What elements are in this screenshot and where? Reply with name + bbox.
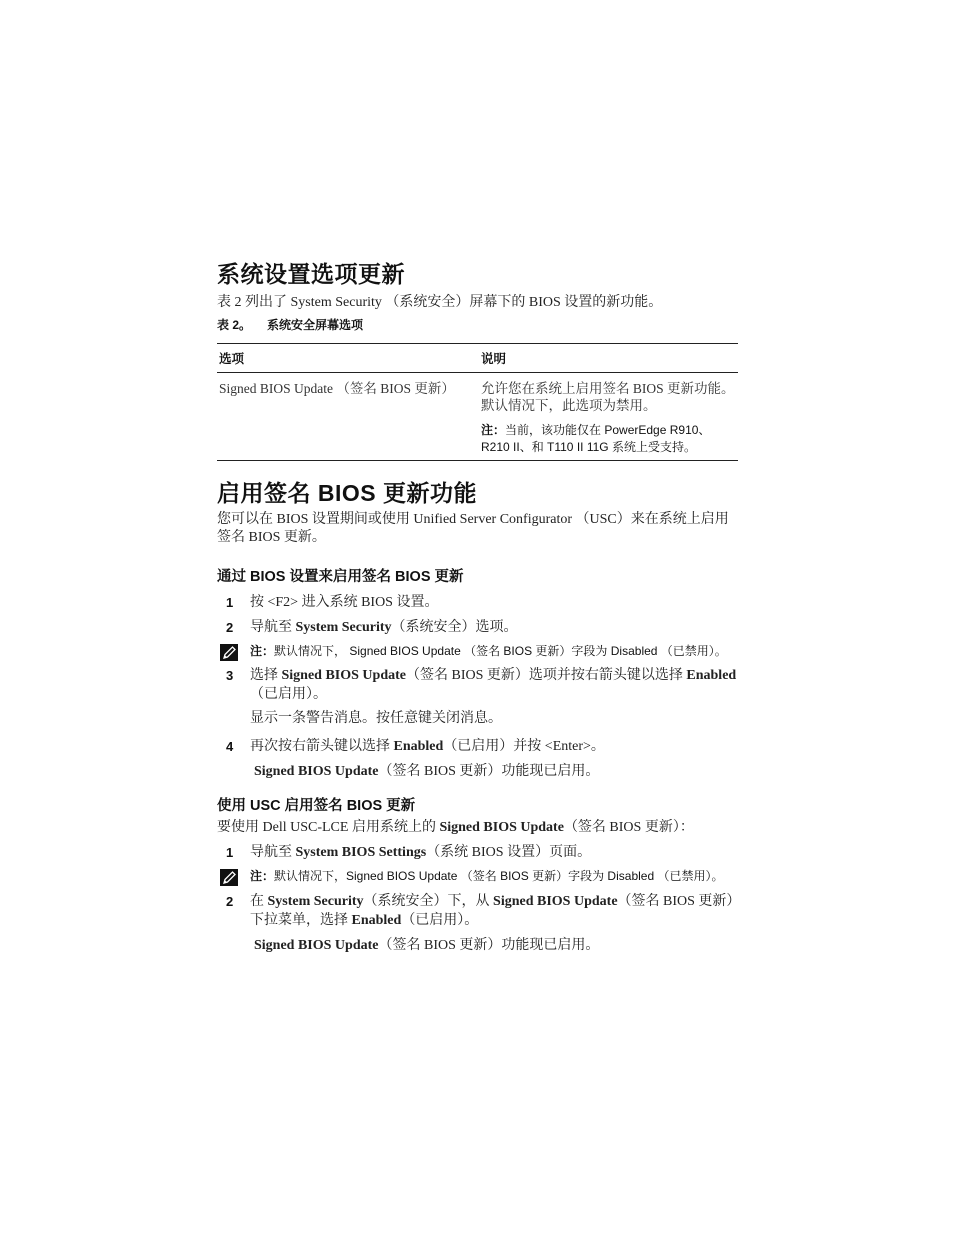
system-security-options-table: 选项 说明 Signed BIOS Update （签名 BIOS 更新） 允许…	[217, 343, 738, 461]
step-result-text: （签名 BIOS 更新）功能现已启用。	[378, 764, 599, 779]
step-3: 3 选择 Signed BIOS Update（签名 BIOS 更新）选项并按右…	[217, 666, 738, 704]
table-caption: 表 2。系统安全屏幕选项	[217, 317, 738, 333]
step-1: 1 按 <F2> 进入系统 BIOS 设置。	[217, 593, 738, 612]
step-text: 再次按右箭头键以选择	[250, 739, 394, 754]
note-text: 当前，该功能仅在 PowerEdge R910、R210 II、和 T110 I…	[481, 423, 710, 454]
step-text: 选择	[250, 668, 282, 683]
subsection-title-bios-setup: 通过 BIOS 设置来启用签名 BIOS 更新	[217, 567, 738, 587]
column-header-description: 说明	[479, 344, 738, 373]
step-number: 4	[226, 737, 233, 756]
note-block: 注：默认情况下， Signed BIOS Update （签名 BIOS 更新）…	[217, 643, 738, 660]
subsection-intro: 要使用 Dell USC-LCE 启用系统上的 Signed BIOS Upda…	[217, 819, 738, 837]
step-text: 导航至	[250, 620, 296, 635]
step-text: （已启用）。	[401, 913, 478, 928]
table-row: Signed BIOS Update （签名 BIOS 更新） 允许您在系统上启…	[217, 373, 738, 461]
ui-term: Enabled	[686, 668, 736, 683]
note-label: 注：	[250, 869, 274, 883]
note-block: 注：默认情况下，Signed BIOS Update （签名 BIOS 更新）字…	[217, 868, 738, 885]
step-result: Signed BIOS Update（签名 BIOS 更新）功能现已启用。	[217, 936, 738, 955]
step-number: 2	[226, 618, 233, 637]
section-intro: 您可以在 BIOS 设置期间或使用 Unified Server Configu…	[217, 511, 738, 547]
intro-text: 要使用 Dell USC-LCE 启用系统上的	[217, 820, 439, 835]
ui-term: Signed BIOS Update	[254, 938, 378, 953]
ui-term: Signed BIOS Update	[254, 764, 378, 779]
document-page: 系统设置选项更新 表 2 列出了 System Security （系统安全）屏…	[217, 258, 738, 955]
step-2: 2 导航至 System Security（系统安全）选项。	[217, 618, 738, 637]
step-result: Signed BIOS Update（签名 BIOS 更新）功能现已启用。	[217, 762, 738, 781]
step-text: （签名 BIOS 更新）选项并按右箭头键以选择	[406, 668, 686, 683]
step-text: （系统安全）下，从	[364, 894, 494, 909]
note-label: 注：	[481, 423, 505, 437]
table-header-row: 选项 说明	[217, 344, 738, 373]
ui-term: Signed BIOS Update	[493, 894, 617, 909]
ui-term: System Security	[268, 894, 364, 909]
section-title-enable-signed-bios: 启用签名 BIOS 更新功能	[217, 477, 738, 509]
step-text: 导航至	[250, 845, 296, 860]
ui-term: Signed BIOS Update	[439, 820, 563, 835]
step-number: 1	[226, 843, 233, 862]
step-text: （系统 BIOS 设置）页面。	[426, 845, 591, 860]
ui-term: Enabled	[352, 913, 402, 928]
column-header-option: 选项	[217, 344, 479, 373]
step-4: 4 再次按右箭头键以选择 Enabled（已启用）并按 <Enter>。	[217, 737, 738, 756]
note-text: 默认情况下，Signed BIOS Update （签名 BIOS 更新）字段为…	[274, 869, 723, 883]
step-text: 按 <F2> 进入系统 BIOS 设置。	[250, 595, 438, 610]
table-note: 注：当前，该功能仅在 PowerEdge R910、R210 II、和 T110…	[481, 422, 736, 456]
subsection-title-usc: 使用 USC 启用签名 BIOS 更新	[217, 796, 738, 816]
ui-term: Enabled	[394, 739, 444, 754]
ui-term: System BIOS Settings	[296, 845, 427, 860]
step-number: 1	[226, 593, 233, 612]
description-cell: 允许您在系统上启用签名 BIOS 更新功能。默认情况下，此选项为禁用。 注：当前…	[479, 373, 738, 461]
usc-step-2: 2 在 System Security（系统安全）下，从 Signed BIOS…	[217, 892, 738, 930]
step-result: 显示一条警告消息。按任意键关闭消息。	[217, 709, 738, 728]
step-number: 3	[226, 666, 233, 685]
section-intro: 表 2 列出了 System Security （系统安全）屏幕下的 BIOS …	[217, 294, 738, 312]
intro-text: （签名 BIOS 更新）：	[564, 820, 694, 835]
step-text: （已启用）。	[250, 687, 327, 702]
table-caption-label: 表 2。	[217, 318, 251, 332]
step-text: 在	[250, 894, 268, 909]
pencil-note-icon	[220, 644, 238, 661]
step-text: （系统安全）选项。	[392, 620, 518, 635]
ui-term: Signed BIOS Update	[282, 668, 406, 683]
ui-term: System Security	[296, 620, 392, 635]
table-caption-title: 系统安全屏幕选项	[267, 318, 363, 332]
usc-step-1: 1 导航至 System BIOS Settings（系统 BIOS 设置）页面…	[217, 843, 738, 862]
section-title-settings-update: 系统设置选项更新	[217, 258, 738, 290]
step-text: （已启用）并按 <Enter>。	[443, 739, 605, 754]
pencil-note-icon	[220, 869, 238, 886]
step-result-text: （签名 BIOS 更新）功能现已启用。	[378, 938, 599, 953]
option-cell: Signed BIOS Update （签名 BIOS 更新）	[217, 373, 479, 461]
step-number: 2	[226, 892, 233, 911]
note-label: 注：	[250, 644, 274, 658]
note-text: 默认情况下， Signed BIOS Update （签名 BIOS 更新）字段…	[274, 644, 727, 658]
description-text: 允许您在系统上启用签名 BIOS 更新功能。默认情况下，此选项为禁用。	[481, 380, 736, 414]
